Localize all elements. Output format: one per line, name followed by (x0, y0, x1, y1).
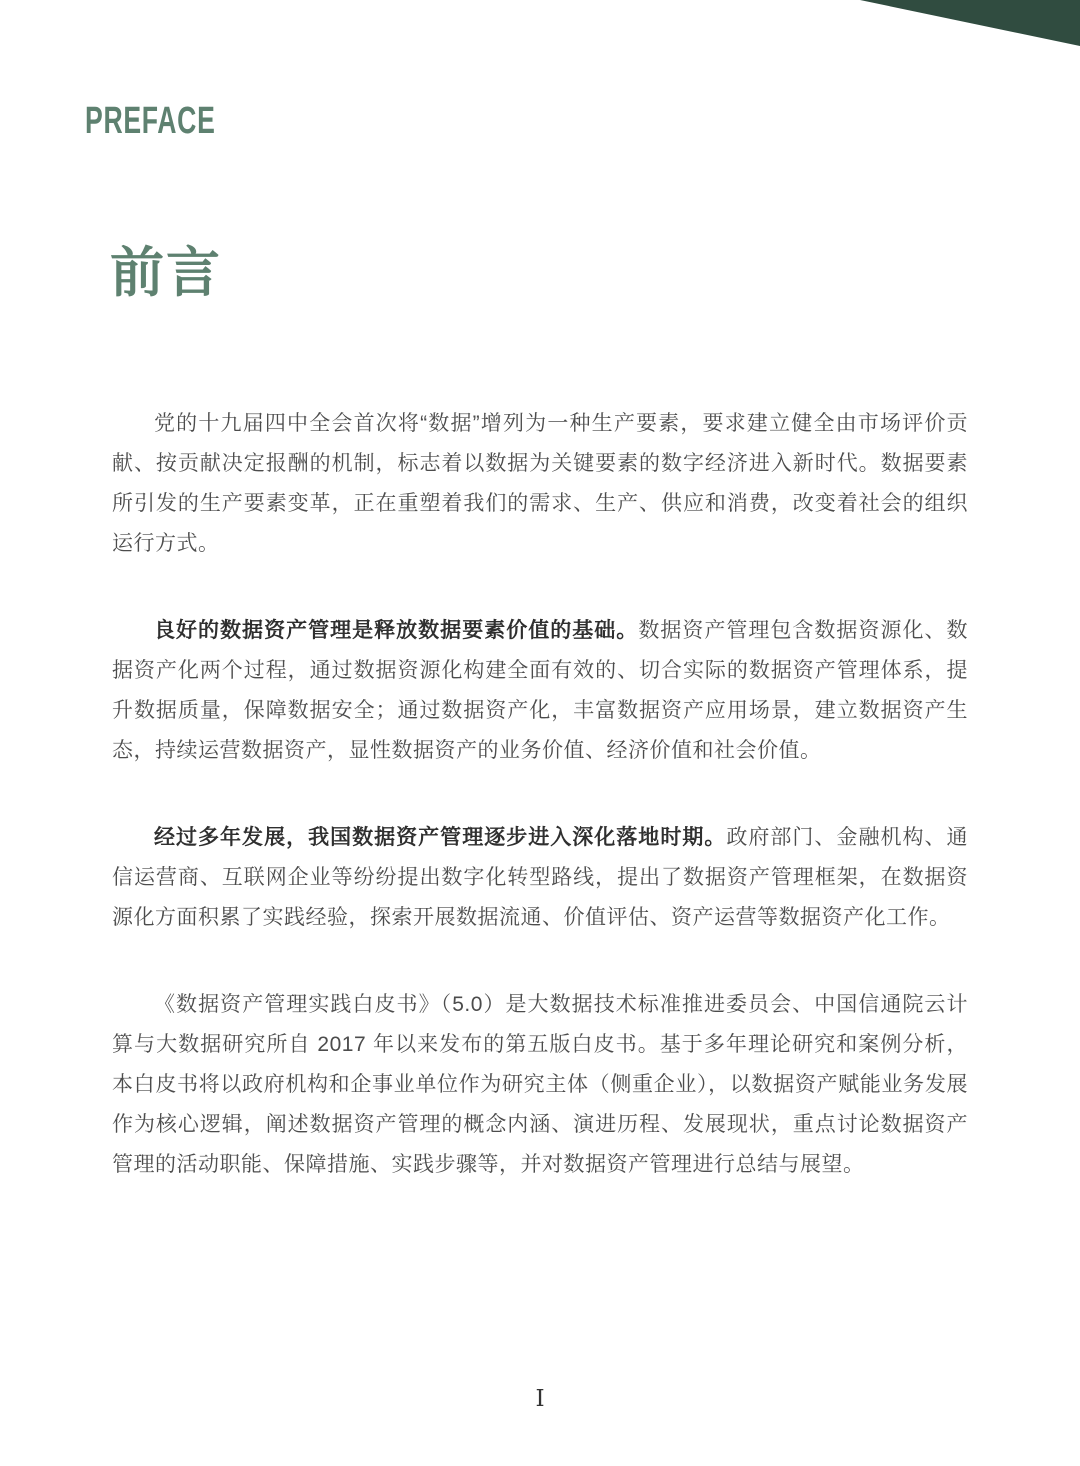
paragraph-lead: 良好的数据资产管理是释放数据要素价值的基础。 (154, 619, 638, 642)
paragraph-lead: 经过多年发展，我国数据资产管理逐步进入深化落地时期。 (154, 826, 726, 849)
page-number: I (0, 1386, 1080, 1412)
preface-eyebrow: PREFACE (85, 100, 216, 143)
paragraph: 《数据资产管理实践白皮书》（5.0）是大数据技术标准推进委员会、中国信通院云计算… (112, 985, 968, 1185)
page-title: 前言 (110, 242, 222, 304)
paragraph-text: 党的十九届四中全会首次将“数据”增列为一种生产要素，要求建立健全由市场评价贡献、… (112, 412, 968, 555)
paragraph: 经过多年发展，我国数据资产管理逐步进入深化落地时期。政府部门、金融机构、通信运营… (112, 818, 968, 938)
paragraph: 良好的数据资产管理是释放数据要素价值的基础。数据资产管理包含数据资源化、数据资产… (112, 611, 968, 771)
preface-page: PREFACE 前言 党的十九届四中全会首次将“数据”增列为一种生产要素，要求建… (0, 0, 1080, 1466)
corner-accent-shape (860, 0, 1080, 46)
paragraph-text: 《数据资产管理实践白皮书》（5.0）是大数据技术标准推进委员会、中国信通院云计算… (112, 993, 968, 1176)
body-text-block: 党的十九届四中全会首次将“数据”增列为一种生产要素，要求建立健全由市场评价贡献、… (112, 404, 968, 1232)
paragraph: 党的十九届四中全会首次将“数据”增列为一种生产要素，要求建立健全由市场评价贡献、… (112, 404, 968, 564)
